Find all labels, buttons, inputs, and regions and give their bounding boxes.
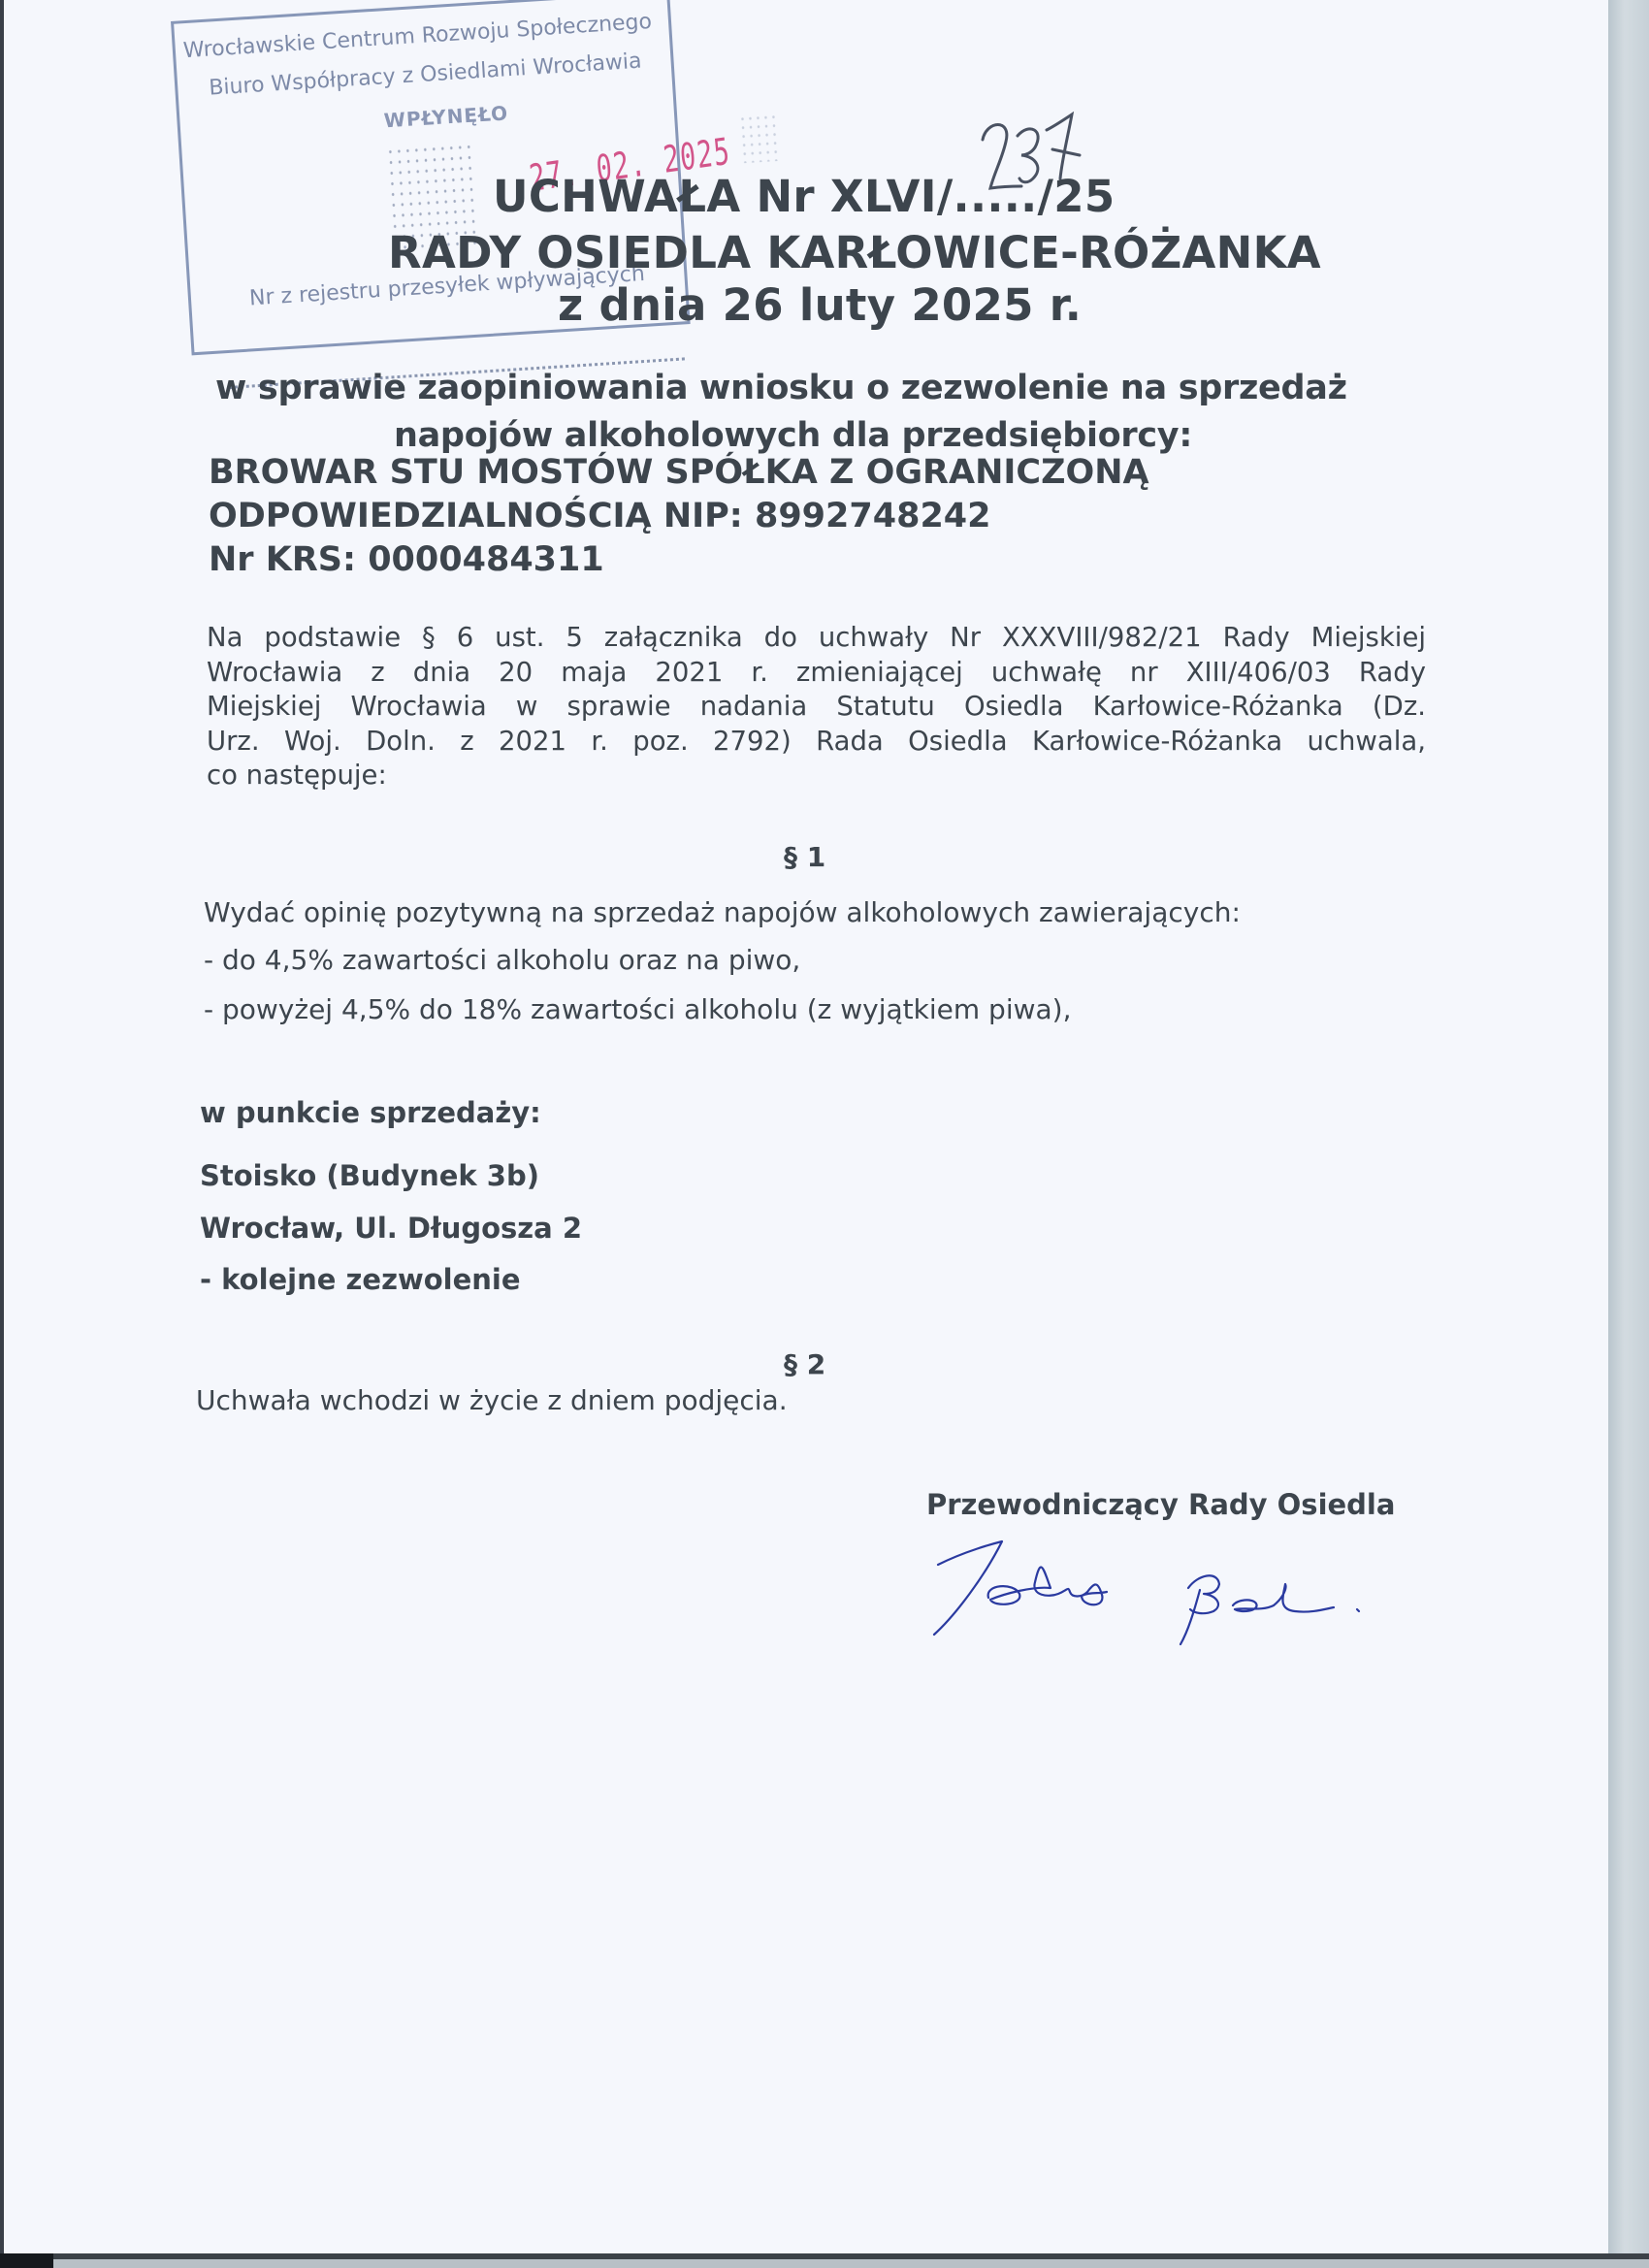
section-2-text: Uchwała wchodzi w życie z dniem podjęcia…	[196, 1387, 788, 1414]
legal-basis-paragraph: Na podstawie § 6 ust. 5 załącznika do uc…	[207, 621, 1426, 794]
subject-line: napojów alkoholowych dla przedsiębiorcy:	[394, 419, 1192, 453]
scanner-left-edge	[0, 0, 4, 2253]
permit-type: - kolejne zezwolenie	[200, 1266, 521, 1294]
scanner-bottom-margin	[0, 2259, 1649, 2268]
list-item: - powyżej 4,5% do 18% zawartości alkohol…	[204, 996, 1071, 1023]
signatory-title: Przewodniczący Rady Osiedla	[926, 1491, 1395, 1519]
sale-point-address: Wrocław, Ul. Długosza 2	[200, 1215, 582, 1243]
sale-point-name: Stoisko (Budynek 3b)	[200, 1162, 539, 1190]
company-name-nip: ODPOWIEDZIALNOŚCIĄ NIP: 8992748242	[209, 500, 991, 534]
paragraph-line: co następuje:	[207, 759, 1426, 794]
paragraph-line: Na podstawie § 6 ust. 5 załącznika do uc…	[207, 621, 1426, 656]
company-name: BROWAR STU MOSTÓW SPÓŁKA Z OGRANICZONĄ	[209, 456, 1149, 490]
paragraph-line: Miejskiej Wrocławia w sprawie nadania St…	[207, 690, 1426, 725]
stamp-status: WPŁYNĘŁO	[383, 103, 508, 130]
section-1-heading: § 1	[784, 844, 825, 871]
list-item: - do 4,5% zawartości alkoholu oraz na pi…	[204, 947, 800, 974]
scanner-corner-artifact	[0, 2253, 53, 2268]
paragraph-line: Wrocławia z dnia 20 maja 2021 r. zmienia…	[207, 656, 1426, 691]
sale-point-label: w punkcie sprzedaży:	[200, 1099, 541, 1127]
section-2-heading: § 2	[784, 1351, 825, 1378]
stamp-speckle	[738, 113, 780, 163]
company-krs: Nr KRS: 0000484311	[209, 543, 604, 577]
handwritten-signature	[926, 1538, 1382, 1654]
stamp-office-name: Biuro Współpracy z Osiedlami Wrocławia	[209, 51, 642, 100]
council-name: RADY OSIEDLA KARŁOWICE-RÓŻANKA	[388, 231, 1321, 275]
subject-line: w sprawie zaopiniowania wniosku o zezwol…	[215, 372, 1347, 405]
resolution-number: UCHWAŁA Nr XLVI/...../25	[493, 175, 1115, 218]
section-1-intro: Wydać opinię pozytywną na sprzedaż napoj…	[204, 899, 1241, 926]
scanner-right-margin	[1608, 0, 1649, 2253]
resolution-date: z dnia 26 luty 2025 r.	[558, 283, 1082, 327]
paragraph-line: Urz. Woj. Doln. z 2021 r. poz. 2792) Rad…	[207, 725, 1426, 760]
